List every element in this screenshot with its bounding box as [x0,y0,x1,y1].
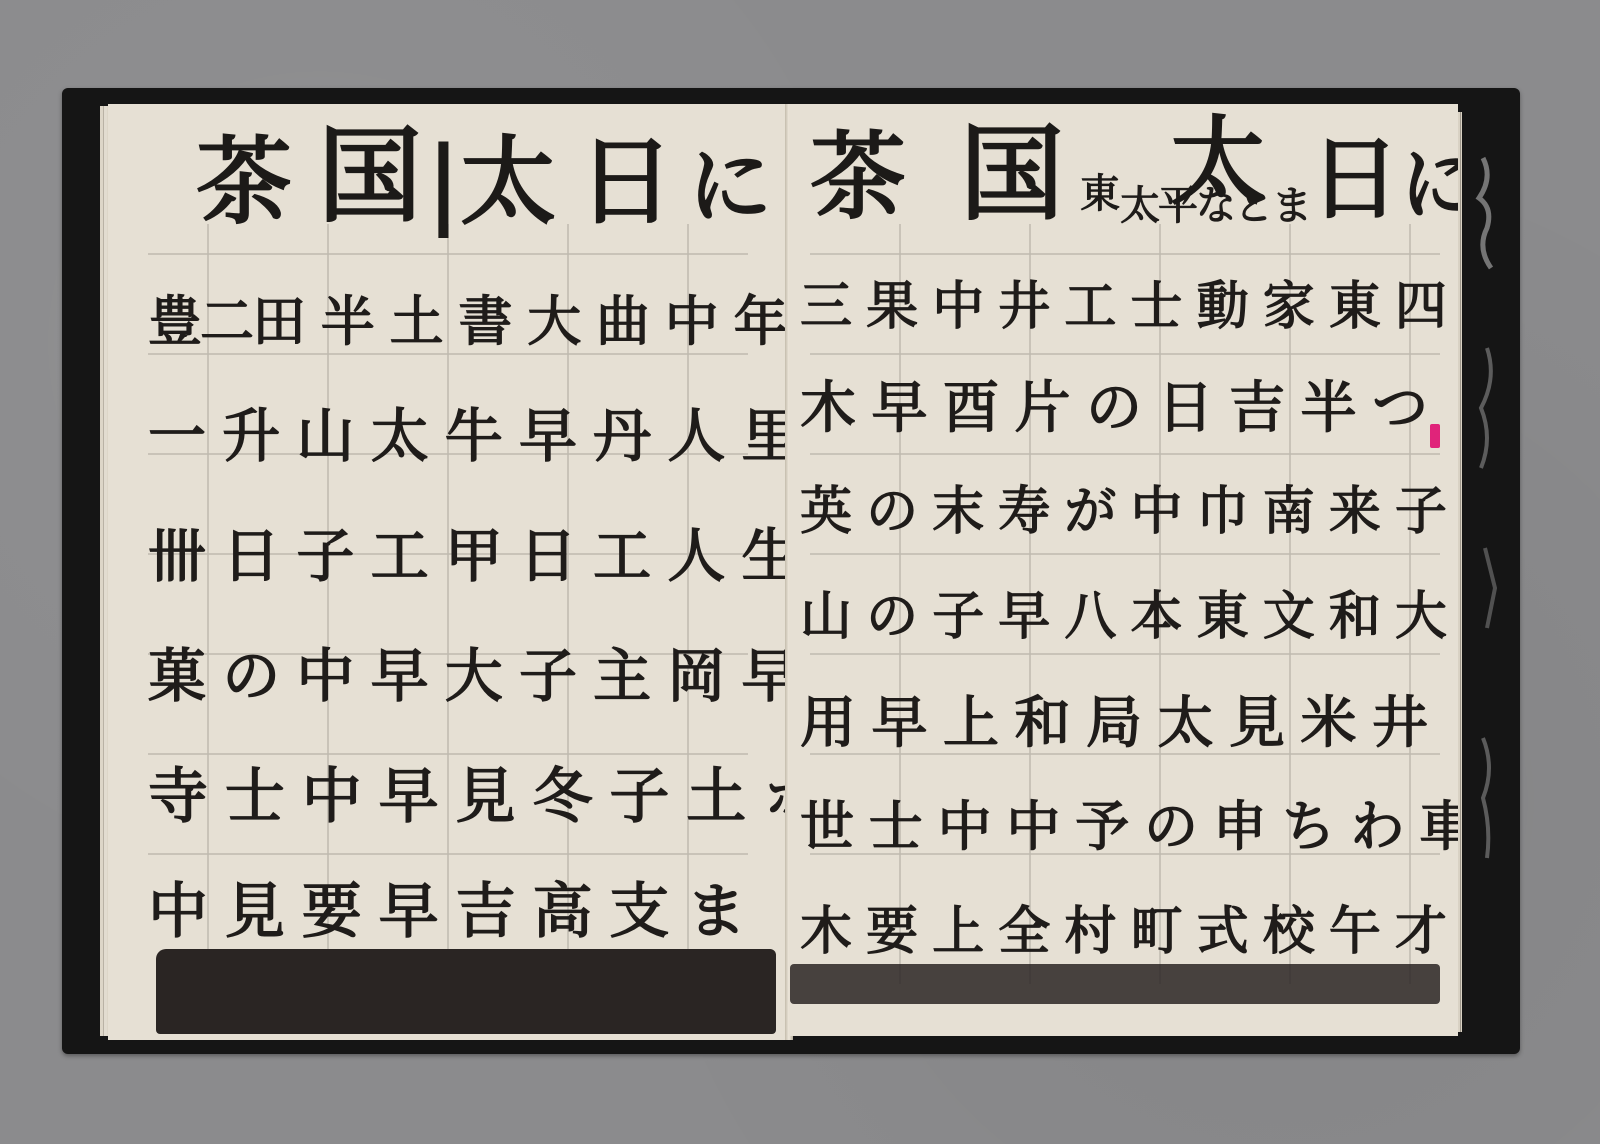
ink-smear [156,949,776,1034]
text-row: 卌 日 子 工 甲 日 工 人 生 未 吉 [148,509,788,593]
header-glyph: に [1400,144,1458,224]
header-glyph: 日 [578,134,674,230]
text-row: 寺 士 中 早 見 冬 子 土 ホ 曲 [148,749,788,835]
header-glyph: 太 [460,134,556,230]
text-row: 山 の 子 早 八 本 東 文 和 大 [800,574,1445,649]
text-row: 三 果 中 井 工 士 動 家 東 四 井 [800,264,1458,339]
header-glyph: 茶 [196,134,292,230]
text-row: 中 見 要 早 吉 高 支 ま [148,864,744,950]
pink-highlight-mark [1430,424,1440,448]
text-row: 木 要 上 全 村 町 式 校 午 才 全 [800,889,1458,964]
header-glyph: 茶 [810,129,906,225]
text-row: 世 士 中 中 予 の 申 ち わ 車 中 [800,784,1458,861]
header-glyph: に [688,144,772,228]
header-glyph: 国 [960,122,1064,226]
header-glyph: 東 [1080,174,1120,214]
text-row: 用 早 上 和 局 太 見 米 井 [800,679,1426,759]
text-row: 豊二田 半 土 書 大 曲 中 年 平 早 [148,279,788,356]
ink-smear [790,964,1440,1004]
header-glyph: 日 [1310,134,1400,224]
text-row: 木 早 酉 片 の 日 吉 半 つ [800,364,1426,444]
text-row: 一 升 山 太 牛 早 丹 人 里 南 米 [148,389,788,473]
header-glyph: 国 [318,124,422,228]
right-page: 茶 国 東 太平なとま 太 日 に 三 果 中 井 工 士 動 家 東 四 井 … [790,104,1458,1036]
header-glyph: | [426,134,461,230]
header-glyph: 太 [1170,114,1266,210]
text-row: 英 の 末 寿 が 中 巾 南 来 子 [800,469,1445,544]
left-page: 茶 国 | 太 日 に 豊二田 半 土 書 大 曲 中 年 平 早 一 升 山 … [108,104,788,1040]
text-row: 菓 の 中 早 大 子 主 岡 早 牛 月 [148,629,788,713]
chalk-marks-decoration [1465,118,1520,998]
